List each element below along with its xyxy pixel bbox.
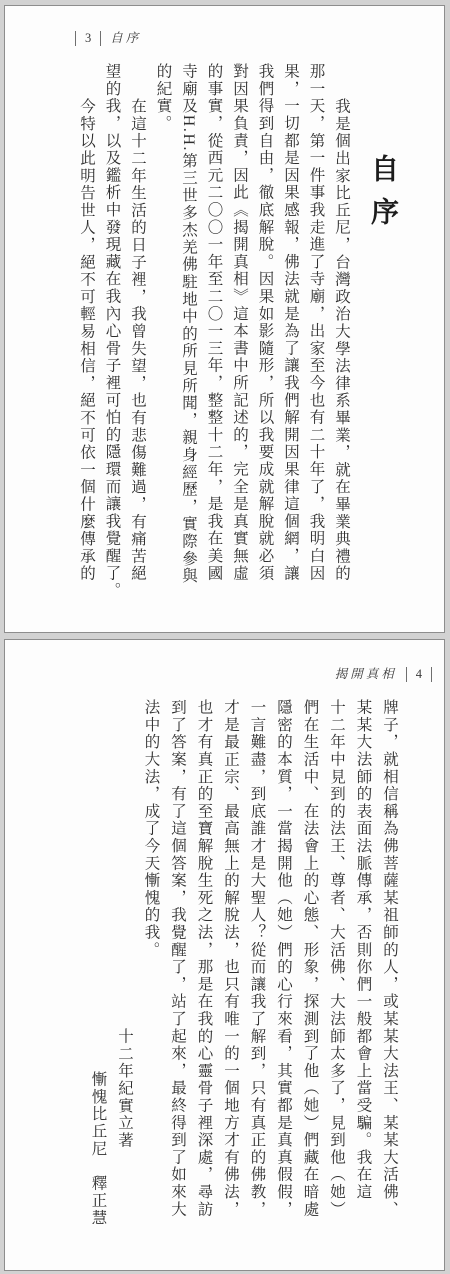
page3-section-title: 自序 — [110, 30, 141, 46]
text-column: 在這十二年生活的日子裡，我曾失望，也有悲傷難過，有痛苦絕 — [125, 63, 151, 589]
header-divider-bar — [406, 667, 407, 682]
header-divider-bar — [100, 31, 101, 46]
text-column: 才是最正宗、最高無上的解脫法，也只有唯一的一個地方才有佛法， — [217, 699, 244, 1225]
header-divider-bar — [431, 667, 432, 682]
text-column: 到了答案，有了這個答案，我覺醒了，站了起來，最終得到了如來大 — [164, 699, 191, 1225]
text-column: 隱密的本質，一當揭開他（她）們的心行來看，其實都是真真假假， — [270, 699, 297, 1225]
text-column: 寺廟及H.H.第三世多杰羌佛駐地中的所見所聞，親身經歷，實際參與 — [176, 63, 202, 589]
text-column: 法中的大法，成了今天慚愧的我。 — [137, 699, 164, 1225]
text-column: 慚愧比丘尼 釋正慧 — [84, 699, 111, 1225]
text-column: 一言難盡，到底誰才是大聖人？從而讓我了解到，只有真正的佛教， — [243, 699, 270, 1225]
text-column: 十二年紀實立著 — [111, 699, 138, 1225]
text-column: 今特以此明告世人，絕不可輕易相信，絕不可依一個什麼傳承的 — [74, 63, 100, 589]
page3-vertical-text: 自序 我是個出家比丘尼，台灣政治大學法律系畢業，就在畢業典禮的 那一天，第一件事… — [39, 63, 404, 589]
text-column: 那一天，第一件事我走進了寺廟，出家至今也有二十年了，我明白因 — [303, 63, 329, 589]
page3-running-header: 3 自序 — [75, 30, 141, 46]
page4-running-header: 揭開真相 4 — [335, 666, 432, 682]
text-column: 的事實，從西元二〇〇一年至二〇一三年，整整十二年，是我在美國 — [201, 63, 227, 589]
book-scan: 3 自序 自序 我是個出家比丘尼，台灣政治大學法律系畢業，就在畢業典禮的 那一天… — [0, 0, 450, 1274]
page4-page-number: 4 — [416, 666, 422, 682]
text-column: 十二年中見到的法王、尊者、大活佛、大法師太多了，見到他（她） — [323, 699, 350, 1225]
page3-page-number: 3 — [85, 30, 91, 46]
text-column: 果，一切都是因果感報，佛法就是為了讓我們解開因果律這個網，讓 — [278, 63, 304, 589]
text-column: 我是個出家比丘尼，台灣政治大學法律系畢業，就在畢業典禮的 — [329, 63, 355, 589]
text-column: 們在生活中、在法會上的心態、形象，探測到了他（她）們藏在暗處 — [296, 699, 323, 1225]
page-3-preface: 3 自序 自序 我是個出家比丘尼，台灣政治大學法律系畢業，就在畢業典禮的 那一天… — [4, 5, 445, 633]
page4-vertical-text: 牌子，就相信稱為佛菩薩某祖師的人，或某某大法王、某某大活佛、 某某大法師的表面法… — [35, 699, 402, 1225]
text-column: 某某大法師的表面法脈傳承，否則你們一般都會上當受騙。我在這 — [349, 699, 376, 1225]
preface-title: 自序 — [360, 63, 404, 589]
text-column: 也才有真正的至寶解脫生死之法，那是在我的心靈骨子裡深處，尋訪 — [190, 699, 217, 1225]
text-column: 牌子，就相信稱為佛菩薩某祖師的人，或某某大法王、某某大活佛、 — [376, 699, 403, 1225]
text-column: 我們得到自由，徹底解脫。因果如影隨形，所以我要成就解脫就必須 — [252, 63, 278, 589]
text-column: 望的我，以及鑑析中發現藏在我內心骨子裡可怕的隱環而讓我覺醒了。 — [99, 63, 125, 589]
text-column: 的紀實。 — [150, 63, 176, 589]
text-column: 對因果負責，因此《揭開真相》這本書中所記述的，完全是真實無虛 — [227, 63, 253, 589]
page-4-body: 揭開真相 4 牌子，就相信稱為佛菩薩某祖師的人，或某某大法王、某某大活佛、 某某… — [4, 639, 445, 1271]
header-divider-bar — [75, 31, 76, 46]
page4-book-title: 揭開真相 — [335, 666, 397, 682]
